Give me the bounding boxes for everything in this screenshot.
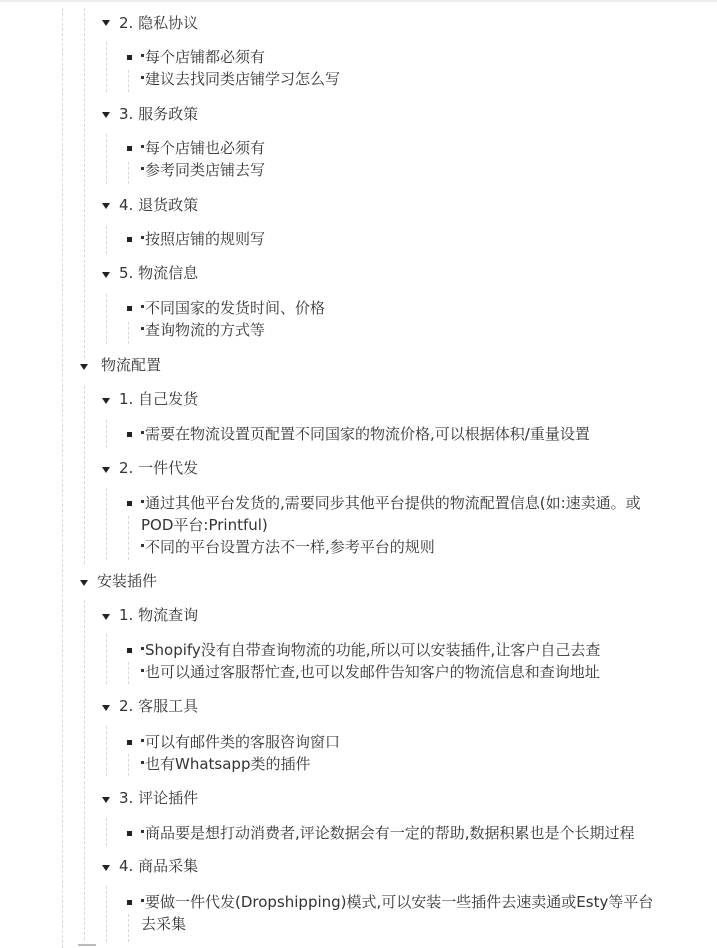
indent-guide-level-0 xyxy=(62,8,63,948)
collapse-caret-icon[interactable] xyxy=(102,865,110,871)
indent-guide-level-2 xyxy=(106,226,107,254)
node-title[interactable]: 5. 物流信息 xyxy=(119,262,198,284)
square-mark-icon xyxy=(141,431,144,434)
group-title[interactable]: 安装插件 xyxy=(97,570,157,592)
group-title[interactable]: 物流配置 xyxy=(101,354,161,376)
collapse-caret-icon[interactable] xyxy=(102,614,110,620)
square-mark-icon xyxy=(141,669,144,672)
square-mark-icon xyxy=(141,76,144,79)
bullet-icon xyxy=(127,740,132,745)
collapse-caret-icon[interactable] xyxy=(102,398,110,404)
node-title[interactable]: 3. 服务政策 xyxy=(119,103,198,125)
node-title[interactable]: 4. 退货政策 xyxy=(119,194,198,216)
node-title[interactable]: 4. 商品采集 xyxy=(119,855,198,877)
list-item: 每个店铺也必须有 xyxy=(141,137,265,159)
bullet-icon xyxy=(127,501,132,506)
square-mark-icon xyxy=(141,761,144,764)
list-item: 按照店铺的规则写 xyxy=(141,228,265,250)
node-title[interactable]: 1. 自己发货 xyxy=(119,388,198,410)
square-mark-icon xyxy=(141,899,144,902)
list-item: 可以有邮件类的客服咨询窗口 xyxy=(141,731,340,753)
indent-guide-level-3 xyxy=(128,754,129,776)
indent-guide-level-3 xyxy=(128,662,129,684)
list-item: 参考同类店铺去写 xyxy=(141,159,265,181)
node-title[interactable]: 2. 隐私协议 xyxy=(119,12,198,34)
node-title[interactable]: 2. 客服工具 xyxy=(119,695,198,717)
indent-guide-level-3 xyxy=(128,516,129,560)
bullet-icon xyxy=(127,237,132,242)
collapse-caret-icon[interactable] xyxy=(102,705,110,711)
indent-guide-level-3 xyxy=(128,70,129,92)
collapse-caret-icon[interactable] xyxy=(80,364,88,370)
indent-guide-level-2 xyxy=(106,488,107,560)
node-title[interactable]: 1. 物流查询 xyxy=(119,604,198,626)
indent-guide-level-1 xyxy=(84,8,85,358)
list-item: 要做一件代发(Dropshipping)模式,可以安装一些插件去速卖通或Esty… xyxy=(141,891,653,913)
square-mark-icon xyxy=(141,236,144,239)
list-item: 通过其他平台发货的,需要同步其他平台提供的物流配置信息(如:速卖通。或 xyxy=(141,492,641,514)
collapse-caret-icon[interactable] xyxy=(102,203,110,209)
square-mark-icon xyxy=(141,739,144,742)
square-mark-icon xyxy=(141,647,144,650)
indent-guide-level-3 xyxy=(128,914,129,942)
list-item: 不同国家的发货时间、价格 xyxy=(141,297,325,319)
bullet-icon xyxy=(127,432,132,437)
bullet-icon xyxy=(127,831,132,836)
list-item: 不同的平台设置方法不一样,参考平台的规则 xyxy=(141,536,435,558)
top-divider xyxy=(0,0,717,2)
square-mark-icon xyxy=(141,167,144,170)
collapse-caret-icon[interactable] xyxy=(102,112,110,118)
bullet-icon xyxy=(127,306,132,311)
indent-guide-level-2 xyxy=(106,818,107,846)
list-item-continuation: POD平台:Printful) xyxy=(141,514,268,536)
square-mark-icon xyxy=(141,327,144,330)
indent-guide-level-3 xyxy=(128,162,129,184)
list-item: 每个店铺都必须有 xyxy=(141,46,265,68)
indent-guide-level-3 xyxy=(128,322,129,344)
collapse-caret-icon[interactable] xyxy=(102,797,110,803)
list-item: 查询物流的方式等 xyxy=(141,319,265,341)
collapse-caret-icon[interactable] xyxy=(80,580,88,586)
bullet-icon xyxy=(127,900,132,905)
bottom-divider-mark xyxy=(78,944,96,946)
square-mark-icon xyxy=(141,544,144,547)
collapse-caret-icon[interactable] xyxy=(102,467,110,473)
square-mark-icon xyxy=(141,54,144,57)
indent-guide-level-1 xyxy=(84,386,85,564)
node-title[interactable]: 3. 评论插件 xyxy=(119,787,198,809)
indent-guide-level-2 xyxy=(106,420,107,448)
list-item: 商品要是想打动消费者,评论数据会有一定的帮助,数据积累也是个长期过程 xyxy=(141,822,635,844)
collapse-caret-icon[interactable] xyxy=(102,272,110,278)
square-mark-icon xyxy=(141,830,144,833)
indent-guide-level-1 xyxy=(84,600,85,940)
indent-guide-level-2 xyxy=(106,42,107,92)
indent-guide-level-2 xyxy=(106,134,107,184)
list-item: 也有Whatsapp类的插件 xyxy=(141,753,310,775)
list-item: Shopify没有自带查询物流的功能,所以可以安装插件,让客户自己去查 xyxy=(141,639,600,661)
indent-guide-level-2 xyxy=(106,726,107,776)
bullet-icon xyxy=(127,55,132,60)
square-mark-icon xyxy=(141,145,144,148)
list-item: 建议去找同类店铺学习怎么写 xyxy=(141,68,340,90)
indent-guide-level-2 xyxy=(106,294,107,344)
indent-guide-level-2 xyxy=(106,634,107,684)
list-item-continuation: 去采集 xyxy=(141,913,186,935)
list-item: 也可以通过客服帮忙查,也可以发邮件告知客户的物流信息和查询地址 xyxy=(141,661,600,683)
square-mark-icon xyxy=(141,305,144,308)
node-title[interactable]: 2. 一件代发 xyxy=(119,457,198,479)
bullet-icon xyxy=(127,146,132,151)
list-item: 需要在物流设置页配置不同国家的物流价格,可以根据体积/重量设置 xyxy=(141,423,590,445)
bullet-icon xyxy=(127,648,132,653)
indent-guide-level-2 xyxy=(106,886,107,942)
square-mark-icon xyxy=(141,500,144,503)
collapse-caret-icon[interactable] xyxy=(102,20,110,26)
